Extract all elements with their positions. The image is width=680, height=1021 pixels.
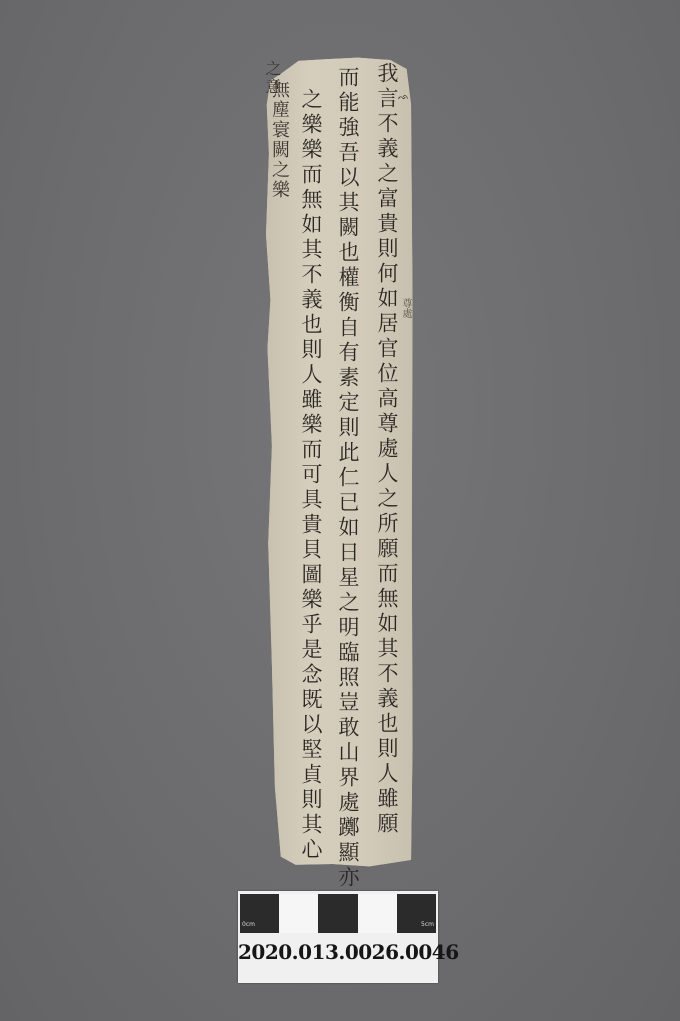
- text-column-4: 無塵寰闕之樂: [270, 80, 288, 200]
- margin-annotation: 尊處: [398, 298, 413, 318]
- scale-block: [358, 894, 397, 933]
- scale-bar: 0cm 5cm 2020.013.0026.0046: [238, 891, 438, 983]
- text-column-3: 之樂樂而無如其不義也則人雖樂而可具貴貝圖樂乎是念既以堅貞則其心: [300, 88, 321, 863]
- scale-label-start: 0cm: [242, 921, 255, 928]
- scale-block: [279, 894, 318, 933]
- text-column-1: 我言不義之富貴則何如居官位高尊處人之所願而無如其不義也則人雖願: [376, 62, 397, 837]
- accession-number: 2020.013.0026.0046: [238, 940, 438, 964]
- corner-mark: ᨒ: [398, 92, 409, 102]
- text-column-5: 之意: [264, 60, 280, 96]
- text-column-2: 而能強吾以其闕也權衡自有素定則此仁已如日星之明臨照豈敢山界處躑顯亦人: [337, 66, 358, 916]
- scale-label-end: 5cm: [421, 921, 434, 928]
- scale-blocks: [240, 894, 436, 933]
- scale-block: [318, 894, 357, 933]
